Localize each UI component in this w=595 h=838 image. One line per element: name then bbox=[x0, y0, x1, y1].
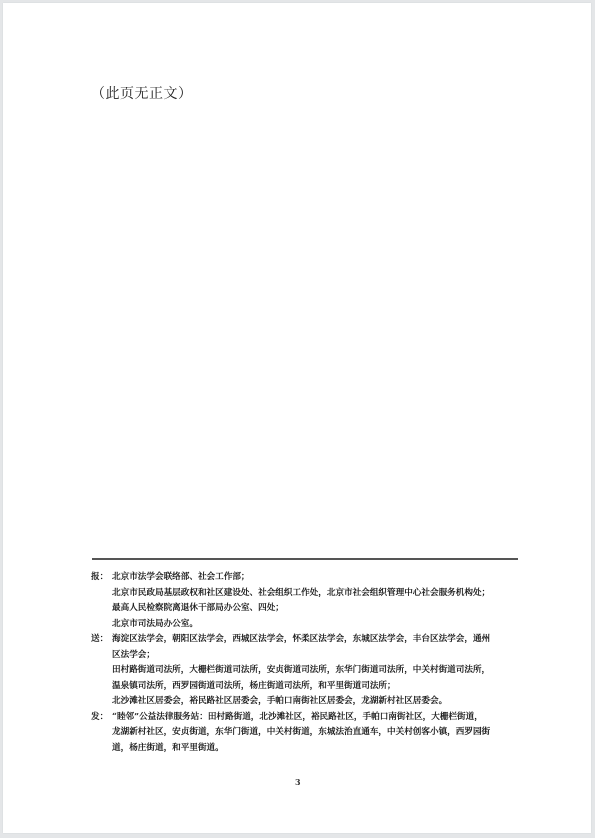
send-to-line: 区法学会； bbox=[91, 648, 527, 664]
report-to-group: 报： 北京市法学会联络部、社会工作部； 北京市民政局基层政权和社区建设处、社会组… bbox=[91, 570, 527, 632]
send-to-line: 海淀区法学会，朝阳区法学会，西城区法学会，怀柔区法学会，东城区法学会，丰台区法学… bbox=[91, 632, 527, 648]
send-to-group: 送： 海淀区法学会，朝阳区法学会，西城区法学会，怀柔区法学会，东城区法学会，丰台… bbox=[91, 632, 527, 710]
send-to-line: 田村路街道司法所，大栅栏街道司法所，安贞街道司法所，东华门街道司法所，中关村街道… bbox=[91, 663, 527, 679]
report-to-line: 北京市法学会联络部、社会工作部； bbox=[91, 570, 527, 586]
report-to-line: 最高人民检察院离退休干部局办公室、四处； bbox=[91, 601, 527, 617]
distribution-list: 报： 北京市法学会联络部、社会工作部； 北京市民政局基层政权和社区建设处、社会组… bbox=[91, 570, 527, 756]
page-number: 3 bbox=[295, 777, 301, 787]
document-page: （此页无正文） 报： 北京市法学会联络部、社会工作部； 北京市民政局基层政权和社… bbox=[3, 3, 591, 833]
send-to-label: 送： bbox=[91, 632, 108, 648]
report-to-line: 北京市司法局办公室。 bbox=[91, 617, 527, 633]
distribution-divider bbox=[92, 558, 518, 560]
issue-to-line: 道，杨庄街道，和平里街道。 bbox=[91, 741, 527, 757]
issue-to-line: “睦邻”公益法律服务站：田村路街道，北沙滩社区，裕民路社区，手帕口南街社区，大栅… bbox=[91, 710, 527, 726]
report-to-label: 报： bbox=[91, 570, 108, 586]
issue-to-group: 发： “睦邻”公益法律服务站：田村路街道，北沙滩社区，裕民路社区，手帕口南街社区… bbox=[91, 710, 527, 757]
send-to-line: 北沙滩社区居委会，裕民路社区居委会，手帕口南街社区居委会，龙湖新村社区居委会。 bbox=[91, 694, 527, 710]
no-body-note: （此页无正文） bbox=[91, 83, 193, 103]
report-to-line: 北京市民政局基层政权和社区建设处、社会组织工作处，北京市社会组织管理中心社会服务… bbox=[91, 586, 527, 602]
issue-to-line: 龙湖新村社区，安贞街道，东华门街道，中关村街道，东城法治直通车，中关村创客小镇，… bbox=[91, 725, 527, 741]
send-to-line: 温泉镇司法所，西罗园街道司法所，杨庄街道司法所，和平里街道司法所； bbox=[91, 679, 527, 695]
issue-to-label: 发： bbox=[91, 710, 108, 726]
